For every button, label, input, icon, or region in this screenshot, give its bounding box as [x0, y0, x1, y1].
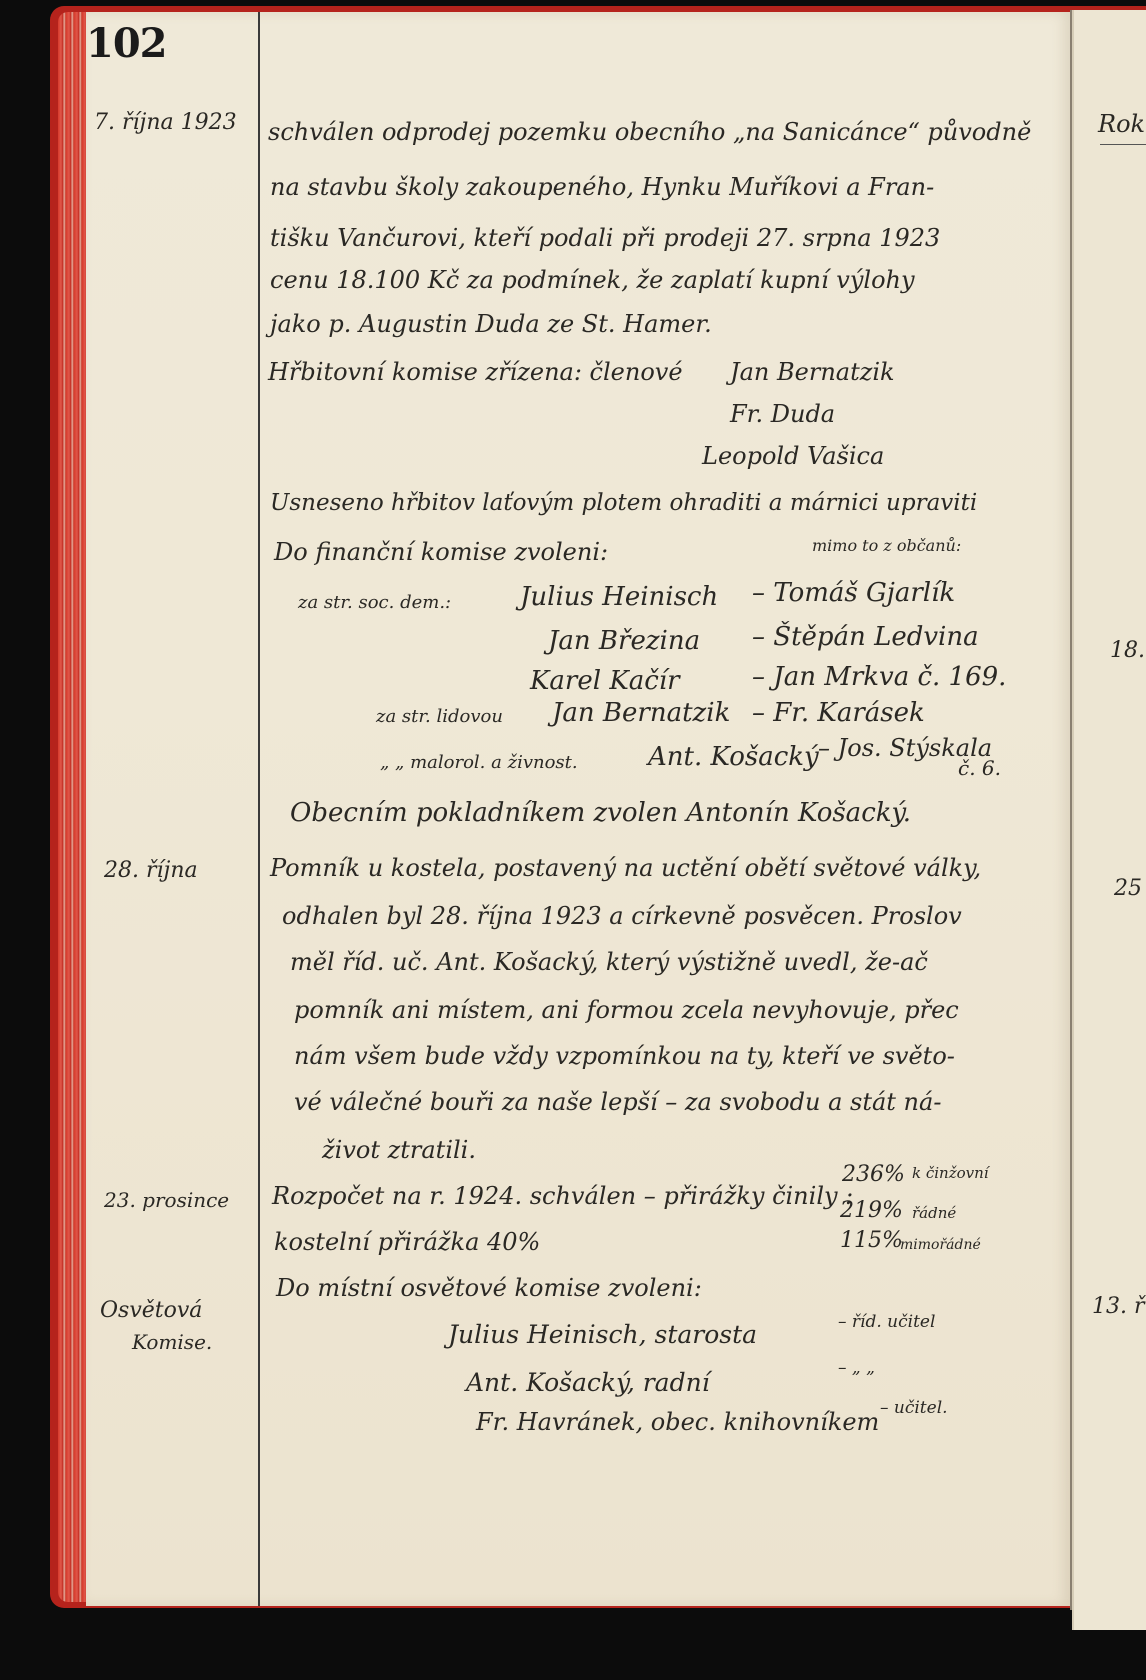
rate-value: 236% [842, 1164, 905, 1186]
education-intro: Do místní osvětové komise zvoleni: [276, 1276, 702, 1300]
member-name: Fr. Duda [730, 402, 835, 426]
rate-label: mimořádné [900, 1238, 981, 1252]
member-role: – učitel. [880, 1400, 948, 1417]
margin-label: Komise. [132, 1332, 212, 1352]
entry-line: schválen odprodej pozemku obecního „na S… [268, 120, 1031, 144]
treasurer-line: Obecním pokladníkem zvolen Antonín Košac… [290, 800, 911, 826]
resolution-text: Usneseno hřbitov laťovým plotem ohraditi… [270, 492, 977, 515]
entry-line: Pomník u kostela, postavený na uctění ob… [270, 856, 981, 880]
entry-line: pomník ani místem, ani formou zcela nevy… [294, 998, 959, 1022]
next-page-date: 13. ř [1092, 1296, 1145, 1318]
budget-line: Rozpočet na r. 1924. schválen – přirážky… [272, 1184, 853, 1208]
margin-rule [258, 12, 260, 1606]
margin-date: 23. prosince [104, 1190, 229, 1210]
party-label: „ „ malorol. a živnost. [380, 754, 578, 772]
finance-note: mimo to z občanů: [812, 538, 961, 554]
heading-underline [1100, 144, 1146, 145]
next-page-date: 18. [1110, 640, 1145, 662]
margin-label: Osvětová [100, 1300, 202, 1322]
entry-line: jako p. Augustin Duda ze St. Hamer. [270, 312, 712, 336]
member-name: Karel Kačír [530, 668, 680, 694]
entry-line: tišku Vančurovi, kteří podali při prodej… [270, 226, 940, 250]
entry-line: život ztratili. [322, 1138, 476, 1162]
entry-line: cenu 18.100 Kč za podmínek, že zaplatí k… [270, 268, 915, 292]
next-page-date: 25 [1114, 878, 1142, 900]
page-number: 102 [86, 20, 167, 67]
entry-line: nám všem bude vždy vzpomínkou na ty, kte… [294, 1044, 955, 1068]
member-name: Julius Heinisch, starosta [448, 1322, 757, 1347]
entry-line: odhalen byl 28. října 1923 a církevně po… [282, 904, 962, 928]
citizen-name: – Fr. Karásek [752, 700, 925, 726]
entry-line: vé válečné bouři za naše lepší – za svob… [294, 1090, 941, 1114]
member-name: Jan Březina [548, 628, 700, 654]
rate-value: 115% [840, 1230, 903, 1252]
entry-line: na stavbu školy zakoupeného, Hynku Muřík… [270, 175, 934, 199]
party-label: za str. lidovou [376, 708, 503, 726]
budget-line: kostelní přirážka 40% [274, 1230, 540, 1254]
rate-value: 219% [840, 1200, 903, 1222]
party-label: za str. soc. dem.: [298, 594, 451, 612]
member-name: Ant. Košacký [648, 744, 819, 770]
next-page-heading: Rok [1098, 112, 1145, 136]
member-role: – říd. učitel [838, 1314, 935, 1331]
house-number: č. 6. [958, 758, 1001, 778]
page-edges [58, 12, 88, 1602]
member-role: – „ „ [838, 1360, 875, 1377]
member-name: Fr. Havránek, obec. knihovníkem [476, 1410, 879, 1434]
margin-date: 7. října 1923 [94, 112, 237, 134]
member-name: Leopold Vašica [702, 444, 884, 468]
rate-label: řádné [912, 1206, 956, 1221]
gutter [1070, 10, 1072, 1610]
member-name: Jan Bernatzik [552, 700, 730, 726]
citizen-name: – Jan Mrkva č. 169. [752, 664, 1006, 690]
citizen-name: – Tomáš Gjarlík [752, 580, 955, 606]
entry-line: měl říd. uč. Ant. Košacký, který výstižn… [290, 950, 928, 974]
rate-label: k činžovní [912, 1166, 989, 1181]
next-page [1072, 10, 1146, 1630]
member-name: Ant. Košacký, radní [466, 1370, 710, 1395]
cemetery-intro: Hřbitovní komise zřízena: členové [268, 360, 683, 384]
member-name: Jan Bernatzik [730, 360, 895, 384]
member-name: Julius Heinisch [520, 584, 718, 610]
citizen-name: – Štěpán Ledvina [752, 624, 979, 650]
margin-date: 28. října [104, 860, 198, 882]
finance-intro: Do finanční komise zvoleni: [274, 540, 608, 564]
